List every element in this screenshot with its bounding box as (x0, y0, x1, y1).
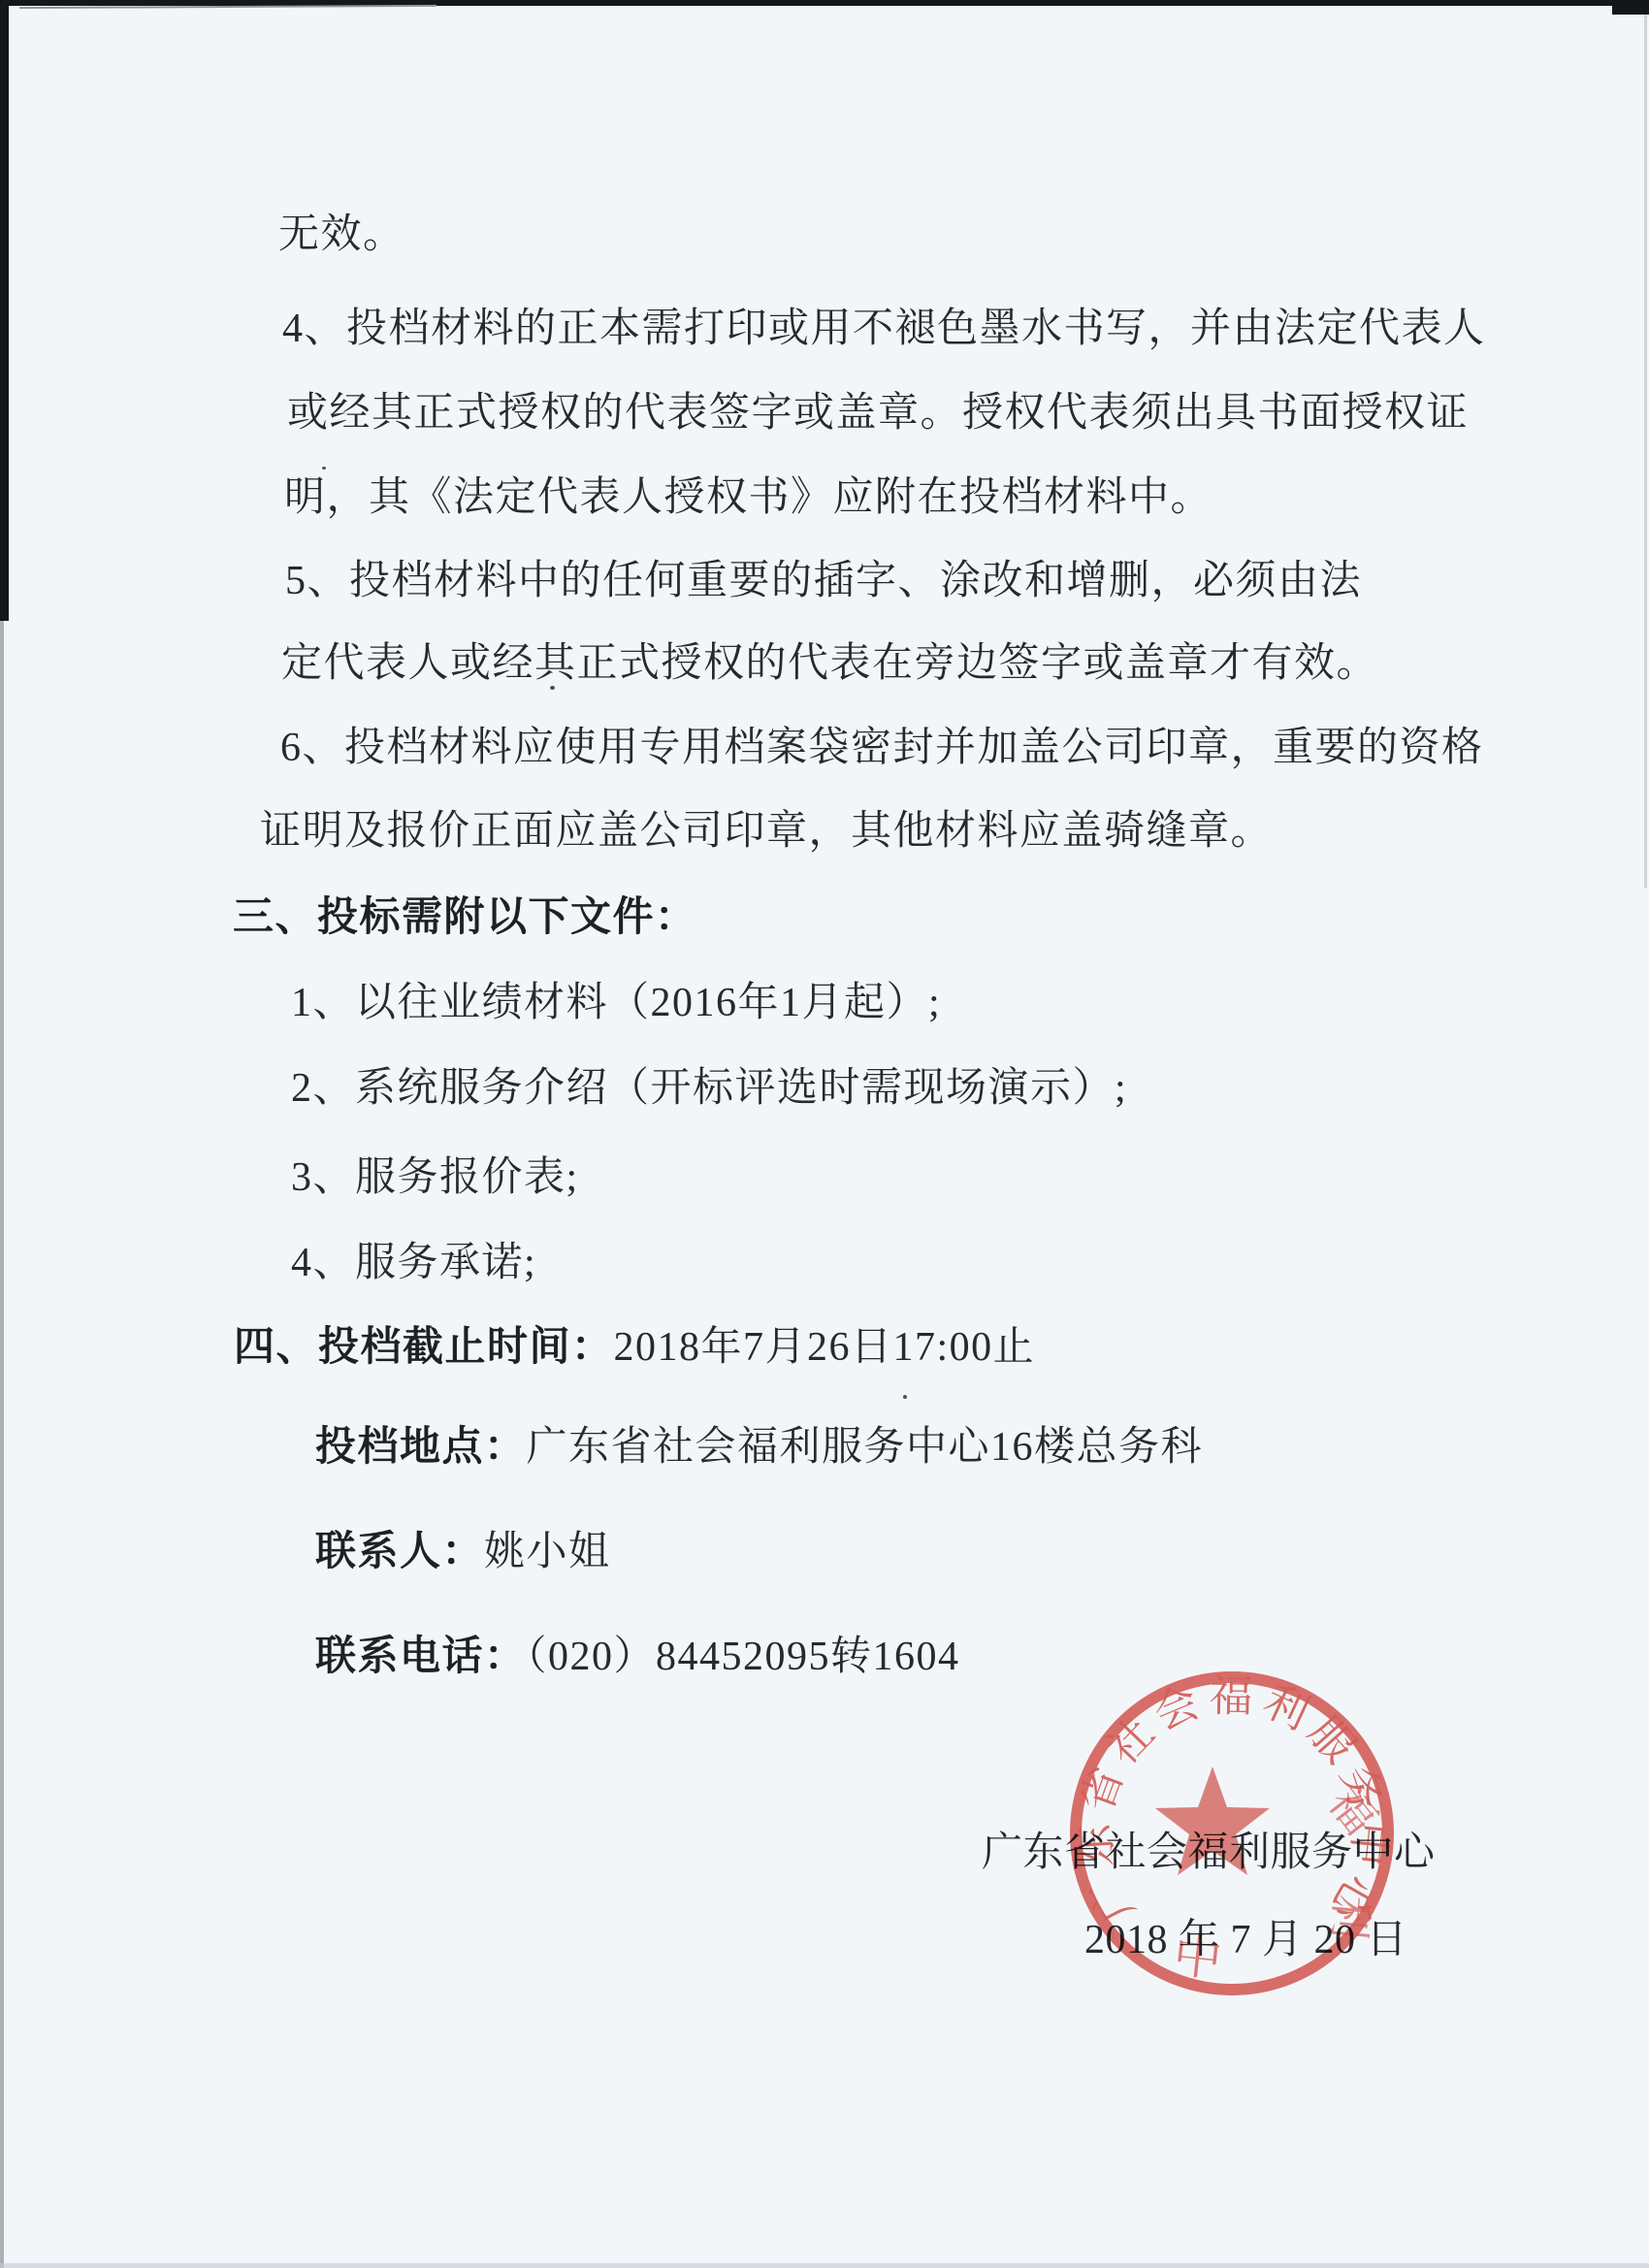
address-line: 投档地点：广东省社会福利服务中心16楼总务科 (315, 1424, 1203, 1471)
address-label: 投档地点： (315, 1425, 527, 1470)
item6-line1: 6、投档材料应使用专用档案袋密封并加盖公司印章，重要的资格 (280, 725, 1484, 771)
phone-label: 联系电话： (315, 1635, 527, 1679)
scan-speck (322, 467, 326, 470)
signature-date: 2018 年 7 月 20 日 (1084, 1917, 1407, 1963)
section4-value: 2018年7月26日17:00止 (614, 1325, 1036, 1370)
scan-edge-left-thin (0, 621, 4, 2268)
section3-item-3: 3、服务报价表; (291, 1154, 579, 1201)
scan-edge-left (0, 0, 9, 621)
scan-speck (550, 686, 555, 690)
scan-edge-bottom (0, 2263, 1649, 2268)
section3-item-2: 2、系统服务介绍（开标评选时需现场演示）; (291, 1065, 1127, 1112)
seal-arc-text: 广东省社会福利服务中心 (1070, 1672, 1395, 1935)
contact-line: 联系人：姚小姐 (315, 1529, 611, 1575)
section3-heading: 三、投标需附以下文件： (233, 894, 697, 941)
item4-line2: 或经其正式授权的代表签字或盖章。授权代表须出具书面授权证 (287, 390, 1469, 437)
scanned-document-page: 无效。 4、投档材料的正本需打印或用不褪色墨水书写，并由法定代表人 或经其正式授… (0, 0, 1649, 2268)
seal-text-path (1110, 1711, 1354, 1912)
section3-item-4: 4、服务承诺; (291, 1240, 536, 1286)
section4-deadline-line: 四、投档截止时间：2018年7月26日17:00止 (234, 1324, 1035, 1371)
section4-label: 四、投档截止时间： (234, 1325, 614, 1370)
phone-line: 联系电话：（020）84452095转1604 (315, 1634, 960, 1680)
phone-value: （020）84452095转1604 (527, 1635, 960, 1679)
item4-line1: 4、投档材料的正本需打印或用不褪色墨水书写，并由法定代表人 (282, 306, 1486, 352)
contact-label: 联系人： (315, 1530, 484, 1574)
signature-org: 广东省社会福利服务中心 (982, 1830, 1436, 1876)
scan-speck (903, 1395, 907, 1399)
item5-line1: 5、投档材料中的任何重要的插字、涂改和增删，必须由法 (285, 558, 1362, 604)
item5-line2: 定代表人或经其正式授权的代表在旁边签字或盖章才有效。 (281, 640, 1378, 687)
address-value: 广东省社会福利服务中心16楼总务科 (527, 1425, 1204, 1470)
scan-edge-right-thin (1644, 15, 1647, 888)
item6-line2: 证明及报价正面应盖公司印章，其他材料应盖骑缝章。 (260, 808, 1273, 855)
contact-value: 姚小姐 (484, 1530, 611, 1574)
item4-line3: 明，其《法定代表人授权书》应附在投档材料中。 (284, 474, 1212, 521)
section3-item-1: 1、以往业绩材料（2016年1月起）; (291, 980, 941, 1026)
paragraph-end-line: 无效。 (278, 211, 405, 258)
scan-edge-top-right (1612, 0, 1649, 15)
